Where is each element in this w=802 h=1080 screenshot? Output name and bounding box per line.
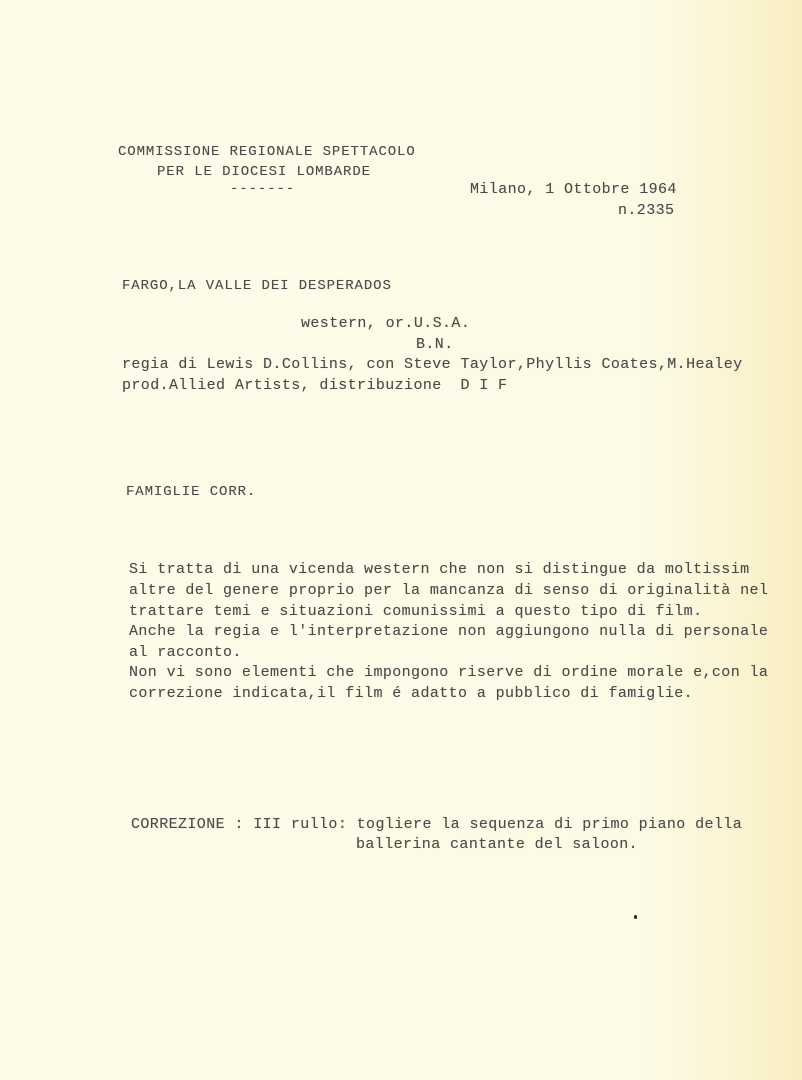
review-line: trattare temi e situazioni comunissimi a… [129, 603, 703, 621]
document-number: n.2335 [618, 202, 674, 220]
film-genre-origin: western, or.U.S.A. [301, 315, 470, 333]
correction-note: CORREZIONE : III rullo: togliere la sequ… [131, 816, 742, 834]
film-color: B.N. [416, 336, 454, 354]
place-date: Milano, 1 Ottobre 1964 [470, 181, 677, 199]
review-line: correzione indicata,il film é adatto a p… [129, 685, 693, 703]
org-name-line-2: PER LE DIOCESI LOMBARDE [157, 163, 371, 181]
org-name-line-1: COMMISSIONE REGIONALE SPETTACOLO [118, 143, 416, 161]
review-line: al racconto. [129, 644, 242, 662]
film-production: prod.Allied Artists, distribuzione D I F [122, 377, 507, 395]
org-name-underline: ------- [230, 180, 295, 198]
review-line: Si tratta di una vicenda western che non… [129, 561, 750, 579]
correction-note-continuation: ballerina cantante del saloon. [356, 836, 638, 854]
review-line: altre del genere proprio per la mancanza… [129, 582, 768, 600]
film-credits: regia di Lewis D.Collins, con Steve Tayl… [122, 356, 743, 374]
review-line: Anche la regia e l'interpretazione non a… [129, 623, 768, 641]
ink-speck [634, 915, 637, 919]
film-title: FARGO,LA VALLE DEI DESPERADOS [122, 277, 392, 295]
review-line: Non vi sono elementi che impongono riser… [129, 664, 768, 682]
moral-rating: FAMIGLIE CORR. [126, 483, 256, 501]
document-page: COMMISSIONE REGIONALE SPETTACOLO PER LE … [0, 0, 802, 1080]
